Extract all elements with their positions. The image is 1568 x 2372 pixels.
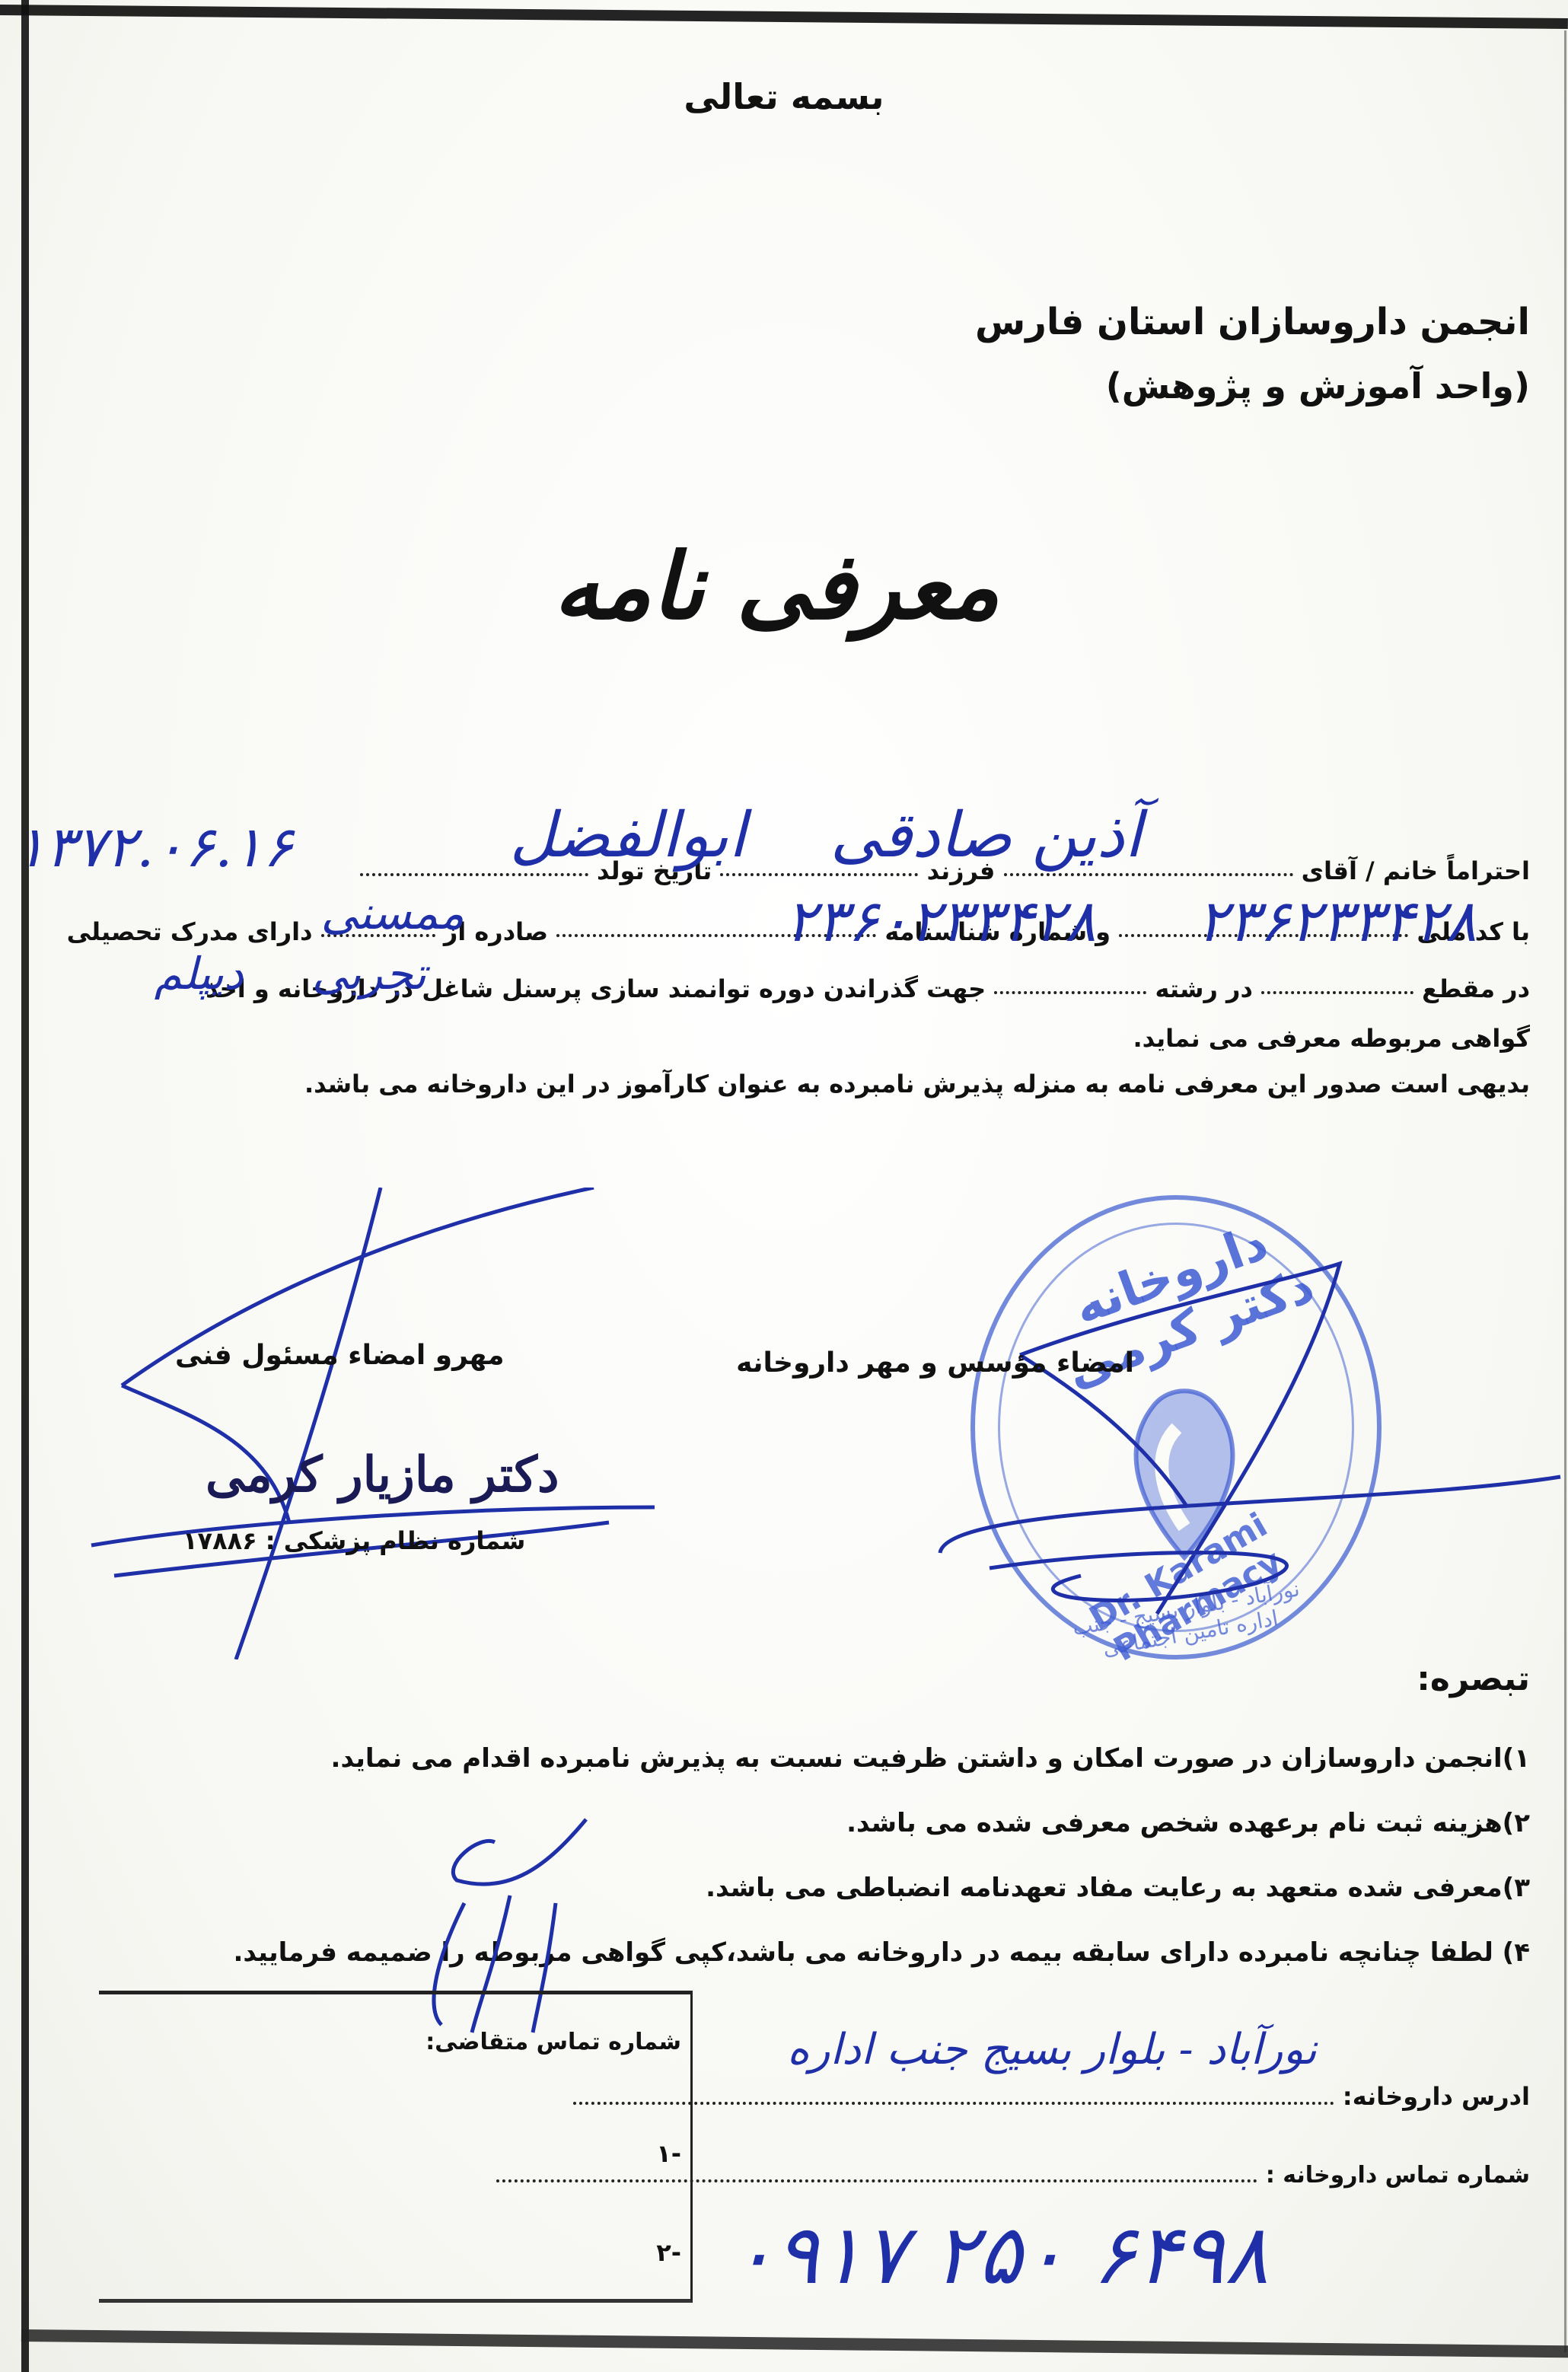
body-line-5: بدیهی است صدور این معرفی نامه به منزله پ…: [304, 1070, 1530, 1098]
education-label: دارای مدرک تحصیلی: [67, 917, 313, 946]
handwritten-father-name: ابوالفضل: [510, 799, 746, 872]
address-field: [573, 2097, 1334, 2105]
handwritten-field: تجربی: [312, 948, 426, 999]
scan-border-left: [21, 0, 29, 2372]
pharmacy-phone-line: شماره تماس داروخانه :: [496, 2162, 1530, 2189]
pharmacy-phone-field: [496, 2175, 1257, 2182]
level-field: [1261, 987, 1413, 994]
scanned-document: بسمه تعالی انجمن داروسازان استان فارس (و…: [0, 0, 1568, 2372]
scan-border-bottom: [21, 2329, 1568, 2358]
handwritten-name: آذین صادقی: [830, 799, 1142, 872]
handwritten-pharmacy-phone: ۰۹۱۷ ۲۵۰ ۶۴۹۸: [731, 2208, 1269, 2303]
handwritten-issued-from: ممسنی: [321, 887, 464, 940]
notes-title: تبصره:: [1417, 1659, 1530, 1698]
level-label: در مقطع: [1422, 974, 1530, 1003]
pharmacy-phone-label: شماره تماس داروخانه :: [1266, 2162, 1530, 2189]
body-line-4: گواهی مربوطه معرفی می نماید.: [1133, 1024, 1530, 1053]
signature-scribbles-icon: [0, 1188, 1568, 1659]
founder-signature-label: امضاء مؤسس و مهر داروخانه: [736, 1347, 1134, 1379]
handwritten-level: دیپلم: [155, 948, 244, 999]
salutation-label: احتراماً خانم / آقای: [1302, 856, 1530, 885]
medical-council-label: شماره نظام پزشکی :: [266, 1526, 526, 1555]
applicant-phone-2: -۲: [656, 2238, 681, 2267]
handwritten-national-code: ۲۳۶۲۳۳۴۲۸: [1197, 887, 1477, 955]
address-line: ادرس داروخانه:: [573, 2082, 1530, 2111]
field-label: در رشته: [1155, 974, 1253, 1003]
applicant-phone-label: شماره تماس متقاضی:: [425, 2029, 681, 2055]
applicant-contact-box: شماره تماس متقاضی: -۱ -۲: [99, 1991, 693, 2303]
medical-council-line: شماره نظام پزشکی : ۱۷۸۸۶: [183, 1526, 525, 1555]
document-title: معرفی نامه: [548, 533, 1005, 640]
medical-council-number: ۱۷۸۸۶: [183, 1526, 257, 1555]
technical-manager-stamp-name: دکتر مازیار کرمی: [206, 1446, 559, 1503]
note-item-2: ۲)هزینه ثبت نام برعهده شخص معرفی شده می …: [846, 1808, 1530, 1838]
note-item-1: ۱)انجمن داروسازان در صورت امکان و داشتن …: [331, 1743, 1530, 1774]
invocation-heading: بسمه تعالی: [632, 76, 936, 117]
organization-name: انجمن داروسازان استان فارس: [975, 301, 1530, 343]
handwritten-birth-date: ۱۳۷۲.۰۶.۱۶: [15, 815, 293, 880]
handwritten-address: نورآباد - بلوار بسیج جنب اداره: [787, 2025, 1317, 2074]
technical-manager-signature-label: مهرو امضاء مسئول فنی: [175, 1340, 505, 1371]
organization-unit: (واحد آموزش و پژوهش): [1106, 365, 1530, 406]
note-item-3: ۳)معرفی شده متعهد به رعایت مفاد تعهدنامه…: [706, 1873, 1530, 1903]
field-of-study-field: [994, 987, 1146, 994]
handwritten-id-number: ۲۳۶۰۲۳۳۴۲۸: [786, 887, 1096, 955]
address-label: ادرس داروخانه:: [1343, 2082, 1530, 2111]
scan-border-top: [0, 5, 1568, 29]
